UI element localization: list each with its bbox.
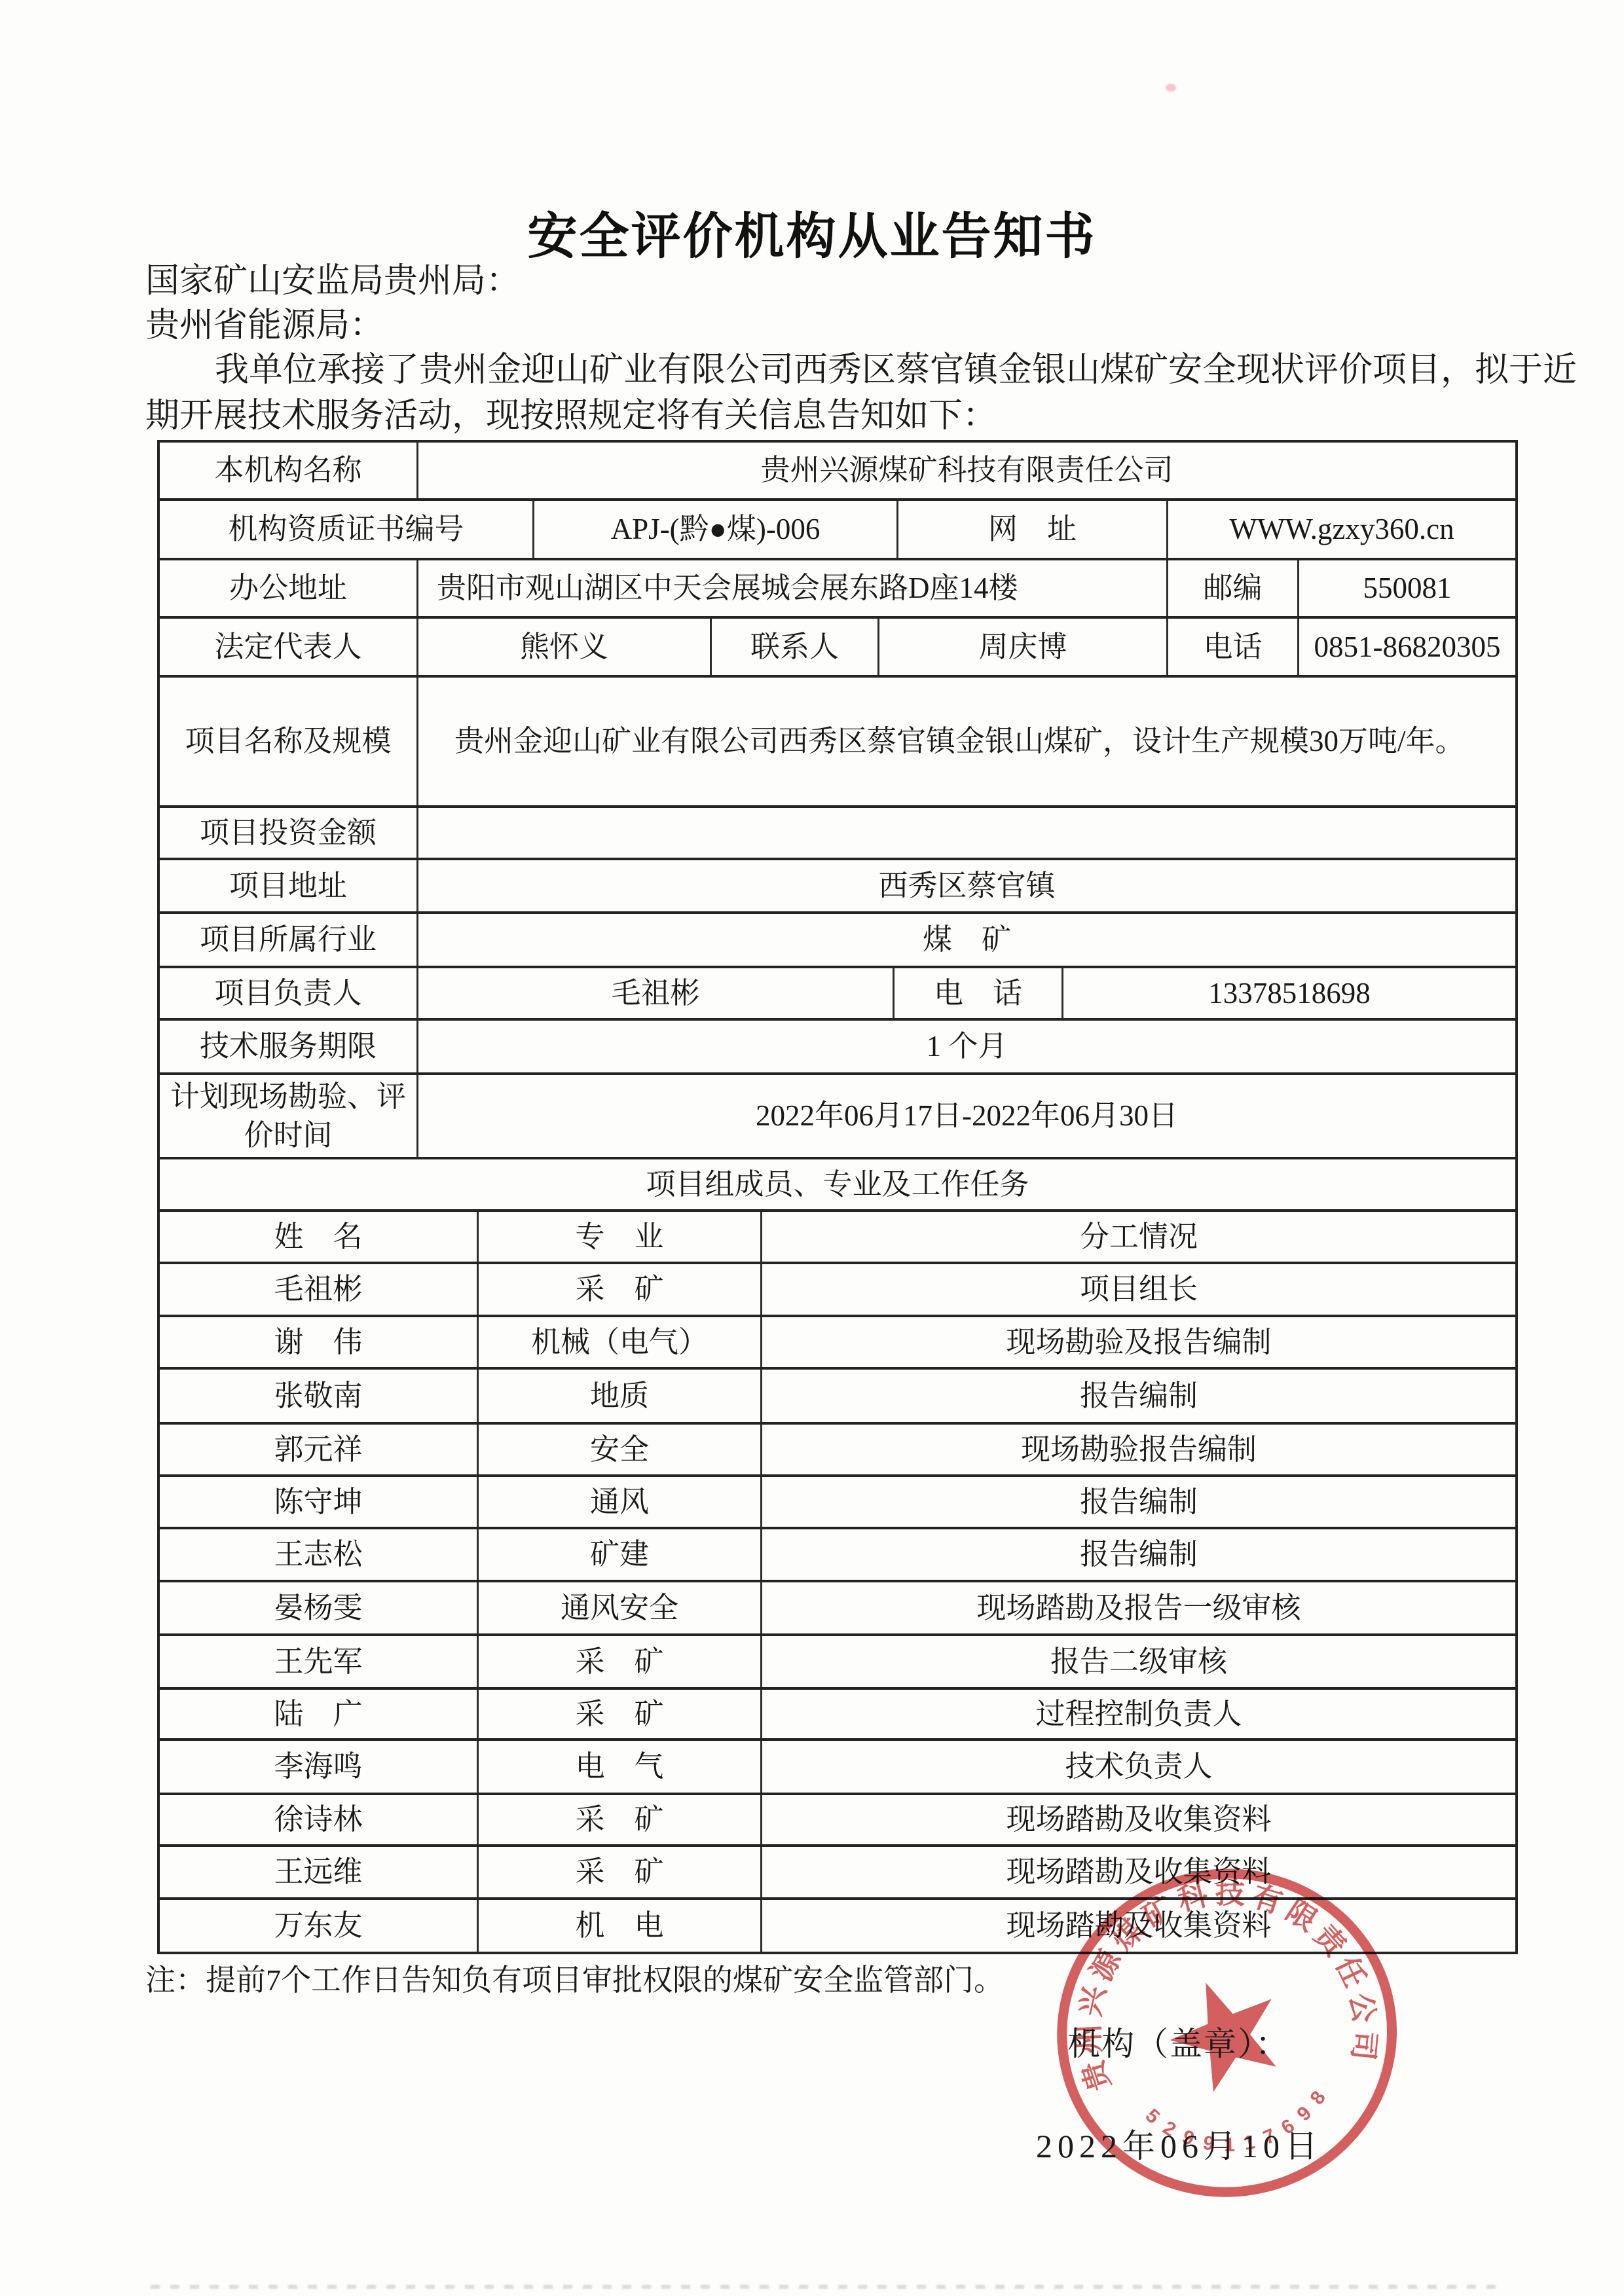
leader-tel-value: 13378518698 (1063, 968, 1515, 1018)
row-investment: 项目投资金额 (160, 808, 1515, 860)
org-name-label: 本机构名称 (160, 443, 418, 498)
member-task: 报告编制 (762, 1477, 1515, 1527)
members-header-row: 姓 名 专 业 分工情况 (160, 1212, 1515, 1264)
stamp-label: 机构（盖章）： (1067, 2018, 1289, 2065)
members-header-task: 分工情况 (762, 1212, 1515, 1262)
member-task: 报告编制 (762, 1529, 1515, 1580)
legal-rep-value: 熊怀义 (418, 619, 712, 675)
tel-value: 0851-86820305 (1299, 619, 1515, 675)
salutation-line-2: 贵州省能源局： (145, 297, 384, 346)
member-task: 过程控制负责人 (762, 1690, 1515, 1738)
zip-value: 550081 (1299, 560, 1515, 616)
member-row: 谢 伟 机械（电气） 现场勘验及报告编制 (160, 1317, 1515, 1370)
member-name: 陆 广 (160, 1690, 479, 1738)
member-row: 王志松 矿建 报告编制 (160, 1529, 1515, 1582)
tel-label: 电话 (1168, 619, 1299, 675)
footer-note: 注：提前7个工作日告知负有项目审批权限的煤矿安全监管部门。 (145, 1956, 1004, 1999)
member-specialty: 采 矿 (479, 1795, 762, 1844)
member-name: 王志松 (160, 1529, 479, 1580)
project-name-label: 项目名称及规模 (160, 678, 418, 805)
member-name: 谢 伟 (160, 1317, 479, 1367)
row-schedule: 计划现场勘验、评价时间 2022年06月17日-2022年06月30日 (160, 1075, 1515, 1159)
row-certificate: 机构资质证书编号 APJ-(黔●煤)-006 网 址 WWW.gzxy360.c… (160, 501, 1515, 560)
project-leader-label: 项目负责人 (160, 968, 418, 1018)
project-address-label: 项目地址 (160, 860, 418, 911)
member-task: 报告二级审核 (762, 1636, 1515, 1687)
legal-rep-label: 法定代表人 (160, 619, 418, 675)
scanned-document-page: 安全评价机构从业告知书 国家矿山安监局贵州局： 贵州省能源局： 我单位承接了贵州… (0, 0, 1624, 2296)
member-row: 李海鸣 电 气 技术负责人 (160, 1741, 1515, 1795)
row-project-leader: 项目负责人 毛祖彬 电 话 13378518698 (160, 968, 1515, 1021)
member-specialty: 采 矿 (479, 1690, 762, 1738)
row-members-title: 项目组成员、专业及工作任务 (160, 1159, 1515, 1212)
schedule-label: 计划现场勘验、评价时间 (160, 1075, 418, 1157)
scan-edge-artifact (151, 2285, 1500, 2289)
row-office-address: 办公地址 贵阳市观山湖区中天会展城会展东路D座14楼 邮编 550081 (160, 560, 1515, 619)
row-service-period: 技术服务期限 1 个月 (160, 1021, 1515, 1075)
member-specialty: 电 气 (479, 1741, 762, 1793)
member-specialty: 通风 (479, 1477, 762, 1527)
certificate-value: APJ-(黔●煤)-006 (534, 501, 898, 558)
certificate-label: 机构资质证书编号 (160, 501, 534, 558)
service-period-label: 技术服务期限 (160, 1021, 418, 1072)
member-specialty: 矿建 (479, 1529, 762, 1580)
member-name: 徐诗林 (160, 1795, 479, 1844)
website-label: 网 址 (898, 501, 1168, 558)
member-row: 徐诗林 采 矿 现场踏勘及收集资料 (160, 1795, 1515, 1847)
member-row: 毛祖彬 采 矿 项目组长 (160, 1264, 1515, 1317)
service-period-value: 1 个月 (418, 1021, 1515, 1072)
member-name: 王先军 (160, 1636, 479, 1687)
members-header-specialty: 专 业 (479, 1212, 762, 1262)
row-industry: 项目所属行业 煤 矿 (160, 914, 1515, 968)
member-task: 现场踏勘及报告一级审核 (762, 1582, 1515, 1633)
industry-value: 煤 矿 (418, 914, 1515, 966)
row-legal-rep: 法定代表人 熊怀义 联系人 周庆博 电话 0851-86820305 (160, 619, 1515, 678)
project-name-value: 贵州金迎山矿业有限公司西秀区蔡官镇金银山煤矿，设计生产规模30万吨/年。 (418, 678, 1515, 805)
member-name: 张敬南 (160, 1370, 479, 1422)
member-specialty: 机 电 (479, 1900, 762, 1952)
member-task: 技术负责人 (762, 1741, 1515, 1793)
scan-ink-smudge (1166, 84, 1176, 92)
member-specialty: 安全 (479, 1425, 762, 1474)
member-specialty: 采 矿 (479, 1847, 762, 1897)
member-row: 陆 广 采 矿 过程控制负责人 (160, 1690, 1515, 1741)
row-project-name: 项目名称及规模 贵州金迎山矿业有限公司西秀区蔡官镇金银山煤矿，设计生产规模30万… (160, 678, 1515, 808)
row-org-name: 本机构名称 贵州兴源煤矿科技有限责任公司 (160, 443, 1515, 501)
investment-label: 项目投资金额 (160, 808, 418, 858)
member-name: 郭元祥 (160, 1425, 479, 1474)
members-section-title: 项目组成员、专业及工作任务 (160, 1159, 1515, 1209)
org-name-value: 贵州兴源煤矿科技有限责任公司 (418, 443, 1515, 498)
member-specialty: 通风安全 (479, 1582, 762, 1633)
member-name: 李海鸣 (160, 1741, 479, 1793)
intro-paragraph-line-2: 期开展技术服务活动，现按照规定将有关信息告知如下： (145, 388, 997, 437)
member-specialty: 地质 (479, 1370, 762, 1422)
investment-value (418, 808, 1515, 858)
member-name: 万东友 (160, 1900, 479, 1952)
member-row: 郭元祥 安全 现场勘验报告编制 (160, 1425, 1515, 1477)
member-name: 毛祖彬 (160, 1264, 479, 1315)
member-name: 王远维 (160, 1847, 479, 1897)
member-task: 现场踏勘及收集资料 (762, 1795, 1515, 1844)
members-header-name: 姓 名 (160, 1212, 479, 1262)
member-specialty: 采 矿 (479, 1264, 762, 1315)
leader-tel-label: 电 话 (895, 968, 1063, 1018)
project-leader-value: 毛祖彬 (418, 968, 895, 1018)
industry-label: 项目所属行业 (160, 914, 418, 966)
member-task: 项目组长 (762, 1264, 1515, 1315)
info-table: 本机构名称 贵州兴源煤矿科技有限责任公司 机构资质证书编号 APJ-(黔●煤)-… (157, 440, 1518, 1954)
schedule-value: 2022年06月17日-2022年06月30日 (418, 1075, 1515, 1157)
member-task: 现场勘验报告编制 (762, 1425, 1515, 1474)
project-address-value: 西秀区蔡官镇 (418, 860, 1515, 911)
member-task: 报告编制 (762, 1370, 1515, 1422)
office-address-label: 办公地址 (160, 560, 418, 616)
intro-paragraph-line-1: 我单位承接了贵州金迎山矿业有限公司西秀区蔡官镇金银山煤矿安全现状评价项目，拟于近 (215, 342, 1577, 391)
member-task: 现场勘验及报告编制 (762, 1317, 1515, 1367)
member-specialty: 采 矿 (479, 1636, 762, 1687)
office-address-value: 贵阳市观山湖区中天会展城会展东路D座14楼 (418, 560, 1168, 616)
website-value: WWW.gzxy360.cn (1168, 501, 1515, 558)
member-specialty: 机械（电气） (479, 1317, 762, 1367)
member-row: 陈守坤 通风 报告编制 (160, 1477, 1515, 1529)
contact-label: 联系人 (712, 619, 879, 675)
document-date: 2022年06月10日 (1036, 2120, 1323, 2167)
member-row: 王先军 采 矿 报告二级审核 (160, 1636, 1515, 1690)
member-row: 晏杨雯 通风安全 现场踏勘及报告一级审核 (160, 1582, 1515, 1636)
member-row: 张敬南 地质 报告编制 (160, 1370, 1515, 1425)
contact-value: 周庆博 (879, 619, 1168, 675)
zip-label: 邮编 (1168, 560, 1299, 616)
member-name: 晏杨雯 (160, 1582, 479, 1633)
row-project-address: 项目地址 西秀区蔡官镇 (160, 860, 1515, 914)
member-name: 陈守坤 (160, 1477, 479, 1527)
salutation-line-1: 国家矿山安监局贵州局： (145, 253, 520, 302)
